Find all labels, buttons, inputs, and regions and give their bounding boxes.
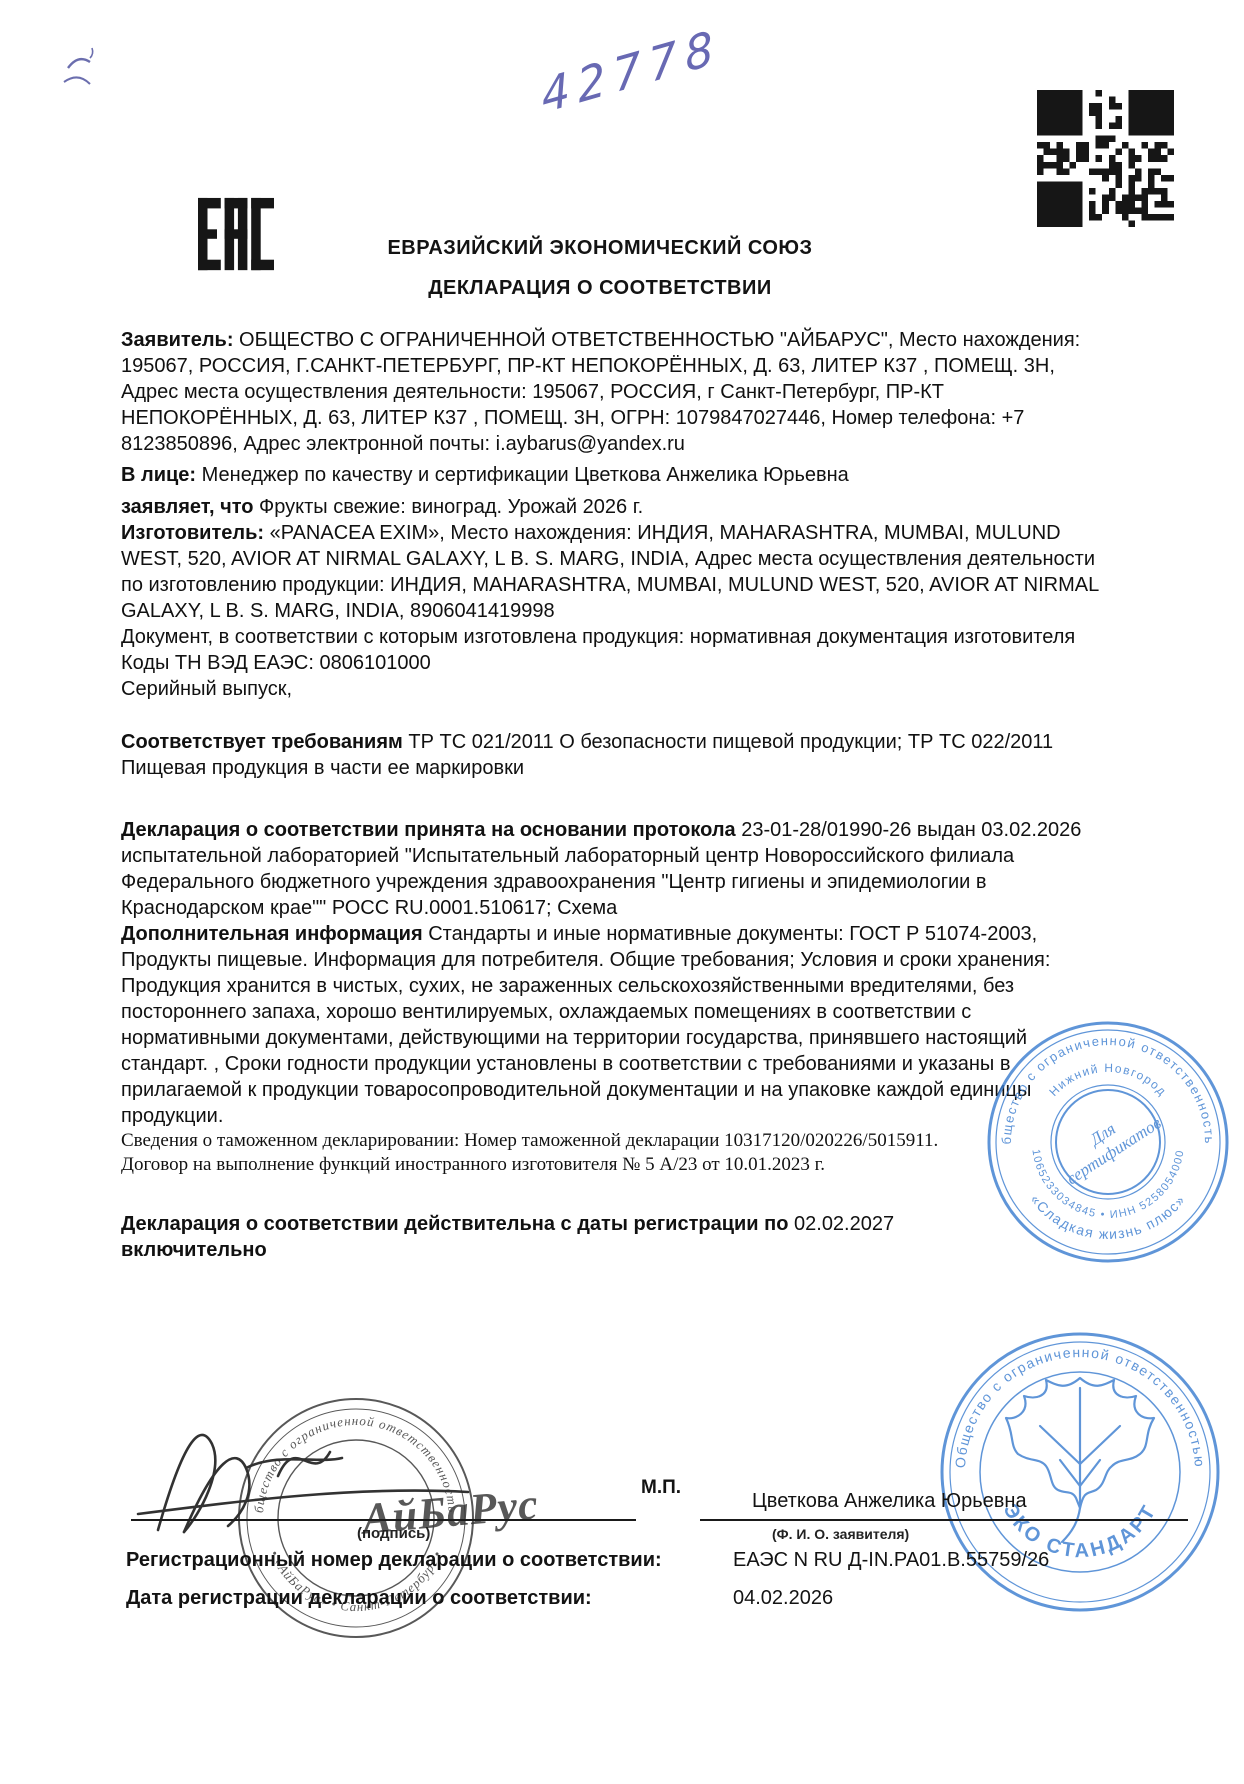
issue-type-line: Серийный выпуск,: [121, 676, 1113, 702]
declaration-document: 42778 ЕВРАЗИЙСКИЙ ЭКОНОМИЧЕСКИЙ СОЮЗ ДЕК…: [0, 0, 1244, 1784]
svg-text:Нижний Новгород: Нижний Новгород: [1046, 1061, 1169, 1099]
union-title: ЕВРАЗИЙСКИЙ ЭКОНОМИЧЕСКИЙ СОЮЗ: [280, 237, 920, 260]
fio-line: [700, 1519, 1188, 1521]
declares-paragraph: заявляет, что Фрукты свежие: виноград. У…: [121, 494, 1113, 520]
validity-label: Декларация о соответствии действительна …: [121, 1213, 788, 1235]
additional-info-text: Стандарты и иные нормативные документы: …: [121, 923, 1050, 1127]
manufacturer-label: Изготовитель:: [121, 522, 264, 544]
applicant-text: ОБЩЕСТВО С ОГРАНИЧЕННОЙ ОТВЕТСТВЕННОСТЬЮ…: [121, 329, 1080, 455]
stamp-city-text: Нижний Новгород: [1046, 1061, 1169, 1099]
applicant-paragraph: Заявитель: ОБЩЕСТВО С ОГРАНИЧЕННОЙ ОТВЕТ…: [121, 327, 1113, 457]
validity-paragraph: Декларация о соответствии действительна …: [121, 1211, 1113, 1263]
signature-line: [131, 1519, 636, 1521]
reg-number-value: ЕАЭС N RU Д-IN.РА01.В.55759/26: [733, 1549, 1049, 1572]
doc-basis-paragraph: Документ, в соответствии с которым изгот…: [121, 624, 1113, 650]
stamp-center-line2: сертификатов: [1063, 1113, 1165, 1188]
product-text: Фрукты свежие: виноград. Урожай 2026 г.: [254, 496, 644, 518]
stamp-place-label: М.П.: [641, 1477, 681, 1499]
manufacturer-text: «PANACEA EXIM», Место нахождения: ИНДИЯ,…: [121, 522, 1098, 622]
basis-paragraph: Декларация о соответствии принята на осн…: [121, 817, 1113, 921]
eac-logo-icon: [198, 196, 274, 274]
declares-label: заявляет, что: [121, 496, 254, 518]
signature-caption: (подпись): [357, 1525, 430, 1542]
validity-date: 02.02.2027: [788, 1213, 894, 1235]
person-label: В лице:: [121, 464, 196, 486]
tnved-codes-line: Коды ТН ВЭД ЕАЭС: 0806101000: [121, 650, 1113, 676]
conforms-label: Соответствует требованиям: [121, 731, 403, 753]
customs-declaration-line: Сведения о таможенном декларировании: Но…: [121, 1129, 1113, 1153]
person-paragraph: В лице: Менеджер по качеству и сертифика…: [121, 462, 1113, 488]
conforms-paragraph: Соответствует требованиям ТР ТС 021/2011…: [121, 729, 1113, 781]
foreign-manufacturer-contract-line: Договор на выполнение функций иностранно…: [121, 1153, 1113, 1177]
qr-code: [1037, 90, 1174, 227]
manufacturer-paragraph: Изготовитель: «PANACEA EXIM», Место нахо…: [121, 520, 1113, 624]
applicant-label: Заявитель:: [121, 329, 234, 351]
person-text: Менеджер по качеству и сертификации Цвет…: [196, 464, 849, 486]
reg-number-label: Регистрационный номер декларации о соотв…: [126, 1549, 662, 1572]
fio-caption: (Ф. И. О. заявителя): [772, 1526, 909, 1542]
applicant-fio: Цветкова Анжелика Юрьевна: [752, 1490, 1027, 1513]
document-title: ДЕКЛАРАЦИЯ О СООТВЕТСТВИИ: [280, 277, 920, 300]
validity-suffix: включительно: [121, 1239, 267, 1261]
eco-standard-stamp: Общество с ограниченной ответственностью…: [930, 1322, 1230, 1622]
blue-certificates-stamp: Общество с ограниченной ответственностью…: [978, 1012, 1238, 1272]
reg-date-value: 04.02.2026: [733, 1587, 833, 1610]
handwritten-number: 42778: [539, 18, 724, 124]
reg-date-label: Дата регистрации декларации о соответств…: [126, 1587, 592, 1610]
additional-info-paragraph: Дополнительная информация Стандарты и ин…: [121, 921, 1113, 1129]
pen-scribble-mark: [62, 38, 118, 96]
basis-label: Декларация о соответствии принята на осн…: [121, 819, 736, 841]
declaration-body: Заявитель: ОБЩЕСТВО С ОГРАНИЧЕННОЙ ОТВЕТ…: [121, 327, 1113, 1263]
additional-info-label: Дополнительная информация: [121, 923, 423, 945]
